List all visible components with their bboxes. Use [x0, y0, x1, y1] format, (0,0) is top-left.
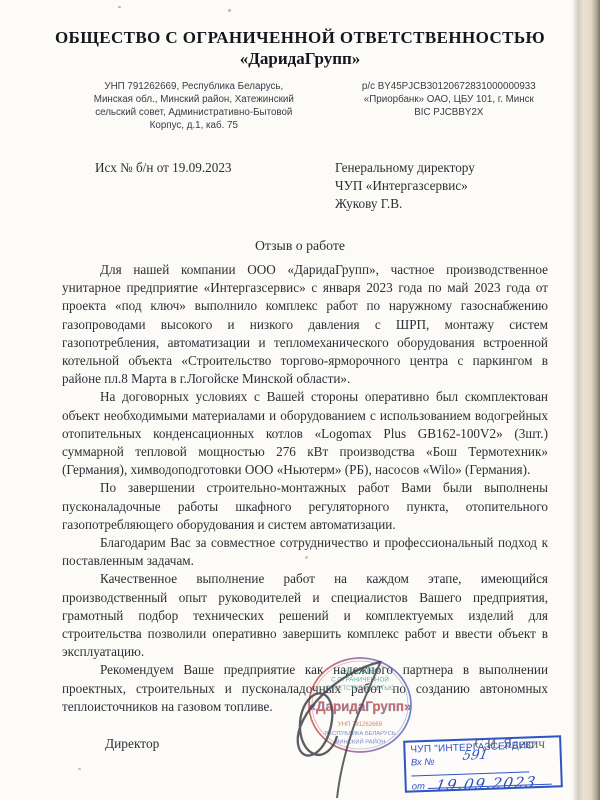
- incoming-registration-stamp: ЧУП "ИНТЕРГАЗСЕРВИС" Вх № 591 от 19.09.2…: [403, 735, 563, 792]
- scan-speck: [305, 556, 308, 559]
- org-name-line2: «ДаридаГрупп»: [0, 48, 600, 69]
- handwritten-signature-strokes: [280, 648, 400, 800]
- paragraph: Благодарим Вас за совместное сотрудничес…: [62, 534, 548, 570]
- incoming-date-value: 19.09.2023: [434, 773, 538, 795]
- paragraph: На договорных условиях с Вашей стороны о…: [62, 388, 548, 479]
- outgoing-reference: Исх № б/н от 19.09.2023: [95, 159, 232, 213]
- scan-page-edge: [572, 0, 600, 800]
- letterhead-org-name: ОБЩЕСТВО С ОГРАНИЧЕННОЙ ОТВЕТСТВЕННОСТЬЮ…: [0, 27, 600, 69]
- org-address: УНП 791262669, Республика Беларусь, Минс…: [78, 80, 310, 132]
- paragraph: По завершении строительно-монтажных рабо…: [62, 479, 548, 534]
- letter-title: Отзыв о работе: [0, 238, 600, 254]
- scan-speck: [78, 768, 81, 770]
- addressee-block: Генеральному директору ЧУП «Интергазсерв…: [335, 159, 543, 213]
- handwritten-signature: [280, 648, 400, 800]
- incoming-date-label: от: [412, 781, 426, 792]
- letterhead-requisites: УНП 791262669, Республика Беларусь, Минс…: [60, 80, 560, 132]
- scanned-letter-page: ОБЩЕСТВО С ОГРАНИЧЕННОЙ ОТВЕТСТВЕННОСТЬЮ…: [0, 0, 600, 800]
- scan-speck: [228, 9, 231, 12]
- incoming-date-row: от 19.09.2023: [412, 776, 556, 792]
- org-bank-details: р/с BY45PJCB30120672831000000933 «Приорб…: [338, 80, 560, 132]
- scan-speck: [118, 6, 121, 8]
- org-name-line1: ОБЩЕСТВО С ОГРАНИЧЕННОЙ ОТВЕТСТВЕННОСТЬЮ: [0, 27, 600, 48]
- incoming-number-value: 591: [461, 748, 488, 764]
- paragraph: Для нашей компании ООО «ДаридаГрупп», ча…: [62, 261, 548, 388]
- signatory-role: Директор: [105, 736, 159, 752]
- reference-row: Исх № б/н от 19.09.2023 Генеральному дир…: [95, 159, 543, 213]
- incoming-number-label: Вх №: [411, 757, 435, 769]
